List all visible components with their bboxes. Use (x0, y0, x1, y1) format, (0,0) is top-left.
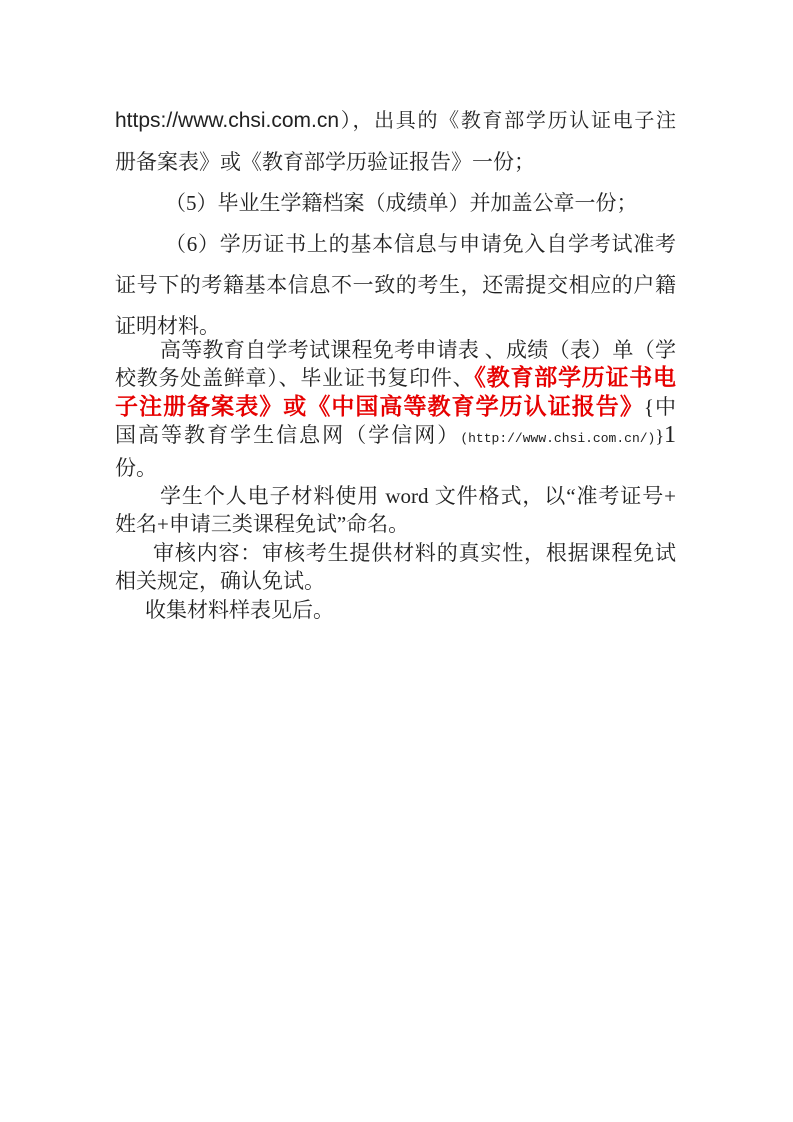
text-line-9: 子注册备案表》或《中国高等教育学历认证报告》{中 (115, 393, 676, 421)
text-line-2: 册备案表》或《教育部学历验证报告》一份； (115, 142, 676, 183)
body-text: 证明材料。 (115, 314, 220, 338)
body-text: 册备案表》或《教育部学历验证报告》一份； (115, 150, 535, 174)
text-line-8: 校教务处盖鲜章）、毕业证书复印件、《教育部学历证书电 (115, 364, 676, 392)
url-text: https://www.chsi.com.cn (115, 109, 339, 132)
text-block-upper: https://www.chsi.com.cn），出具的《教育部学历认证电子注册… (115, 100, 676, 347)
text-line-10: 国高等教育学生信息网（学信网）(http://www.chsi.com.cn/)… (115, 421, 676, 453)
text-line-4: （6）学历证书上的基本信息与申请免入自学考试准考 (115, 224, 676, 265)
body-text: （5）毕业生学籍档案（成绩单）并加盖公章一份； (165, 191, 638, 215)
body-text: 证号下的考籍基本信息不一致的考生，还需提交相应的户籍 (115, 273, 676, 297)
body-text: 审核内容：审核考生提供材料的真实性，根据课程免试 (153, 541, 676, 565)
body-text: 姓名+申请三类课程免试”命名。 (115, 512, 409, 536)
body-text: 校教务处盖鲜章）、毕业证书复印件、 (115, 366, 474, 390)
body-text: {中 (644, 395, 676, 419)
text-line-11: 份。 (115, 454, 676, 482)
text-line-14: 审核内容：审核考生提供材料的真实性，根据课程免试 (115, 539, 676, 567)
text-line-5: 证号下的考籍基本信息不一致的考生，还需提交相应的户籍 (115, 265, 676, 306)
text-line-3: （5）毕业生学籍档案（成绩单）并加盖公章一份； (115, 183, 676, 224)
body-text: 相关规定，确认免试。 (115, 569, 325, 593)
url-text: (http://www.chsi.com.cn/) (460, 431, 655, 446)
body-text: （6）学历证书上的基本信息与申请免入自学考试准考 (165, 232, 676, 256)
body-text: } (655, 426, 664, 446)
body-text: 高等教育自学考试课程免考申请表 、成绩（表）单（学 (160, 338, 676, 362)
body-text: 国高等教育学生信息网（学信网） (115, 423, 460, 447)
red-emphasis-text: 《教育部学历证书电 (474, 365, 676, 390)
body-text: 收集材料样表见后。 (145, 598, 334, 622)
text-line-12: 学生个人电子材料使用 word 文件格式，以“准考证号+ (115, 482, 676, 510)
text-block-lower: 高等教育自学考试课程免考申请表 、成绩（表）单（学校教务处盖鲜章）、毕业证书复印… (115, 336, 676, 624)
body-text: 学生个人电子材料使用 word 文件格式，以“准考证号+ (160, 484, 676, 508)
text-line-7: 高等教育自学考试课程免考申请表 、成绩（表）单（学 (115, 336, 676, 364)
text-line-16: 收集材料样表见后。 (115, 596, 676, 624)
body-text: 1 (664, 422, 676, 448)
text-line-1: https://www.chsi.com.cn），出具的《教育部学历认证电子注 (115, 100, 676, 142)
body-text: ），出具的《教育部学历认证电子注 (339, 110, 676, 132)
body-text: 份。 (115, 456, 157, 480)
red-emphasis-text: 子注册备案表》或《中国高等教育学历认证报告》 (115, 394, 644, 419)
text-line-13: 姓名+申请三类课程免试”命名。 (115, 510, 676, 538)
text-line-15: 相关规定，确认免试。 (115, 567, 676, 595)
document-page: https://www.chsi.com.cn），出具的《教育部学历认证电子注册… (0, 0, 793, 1122)
